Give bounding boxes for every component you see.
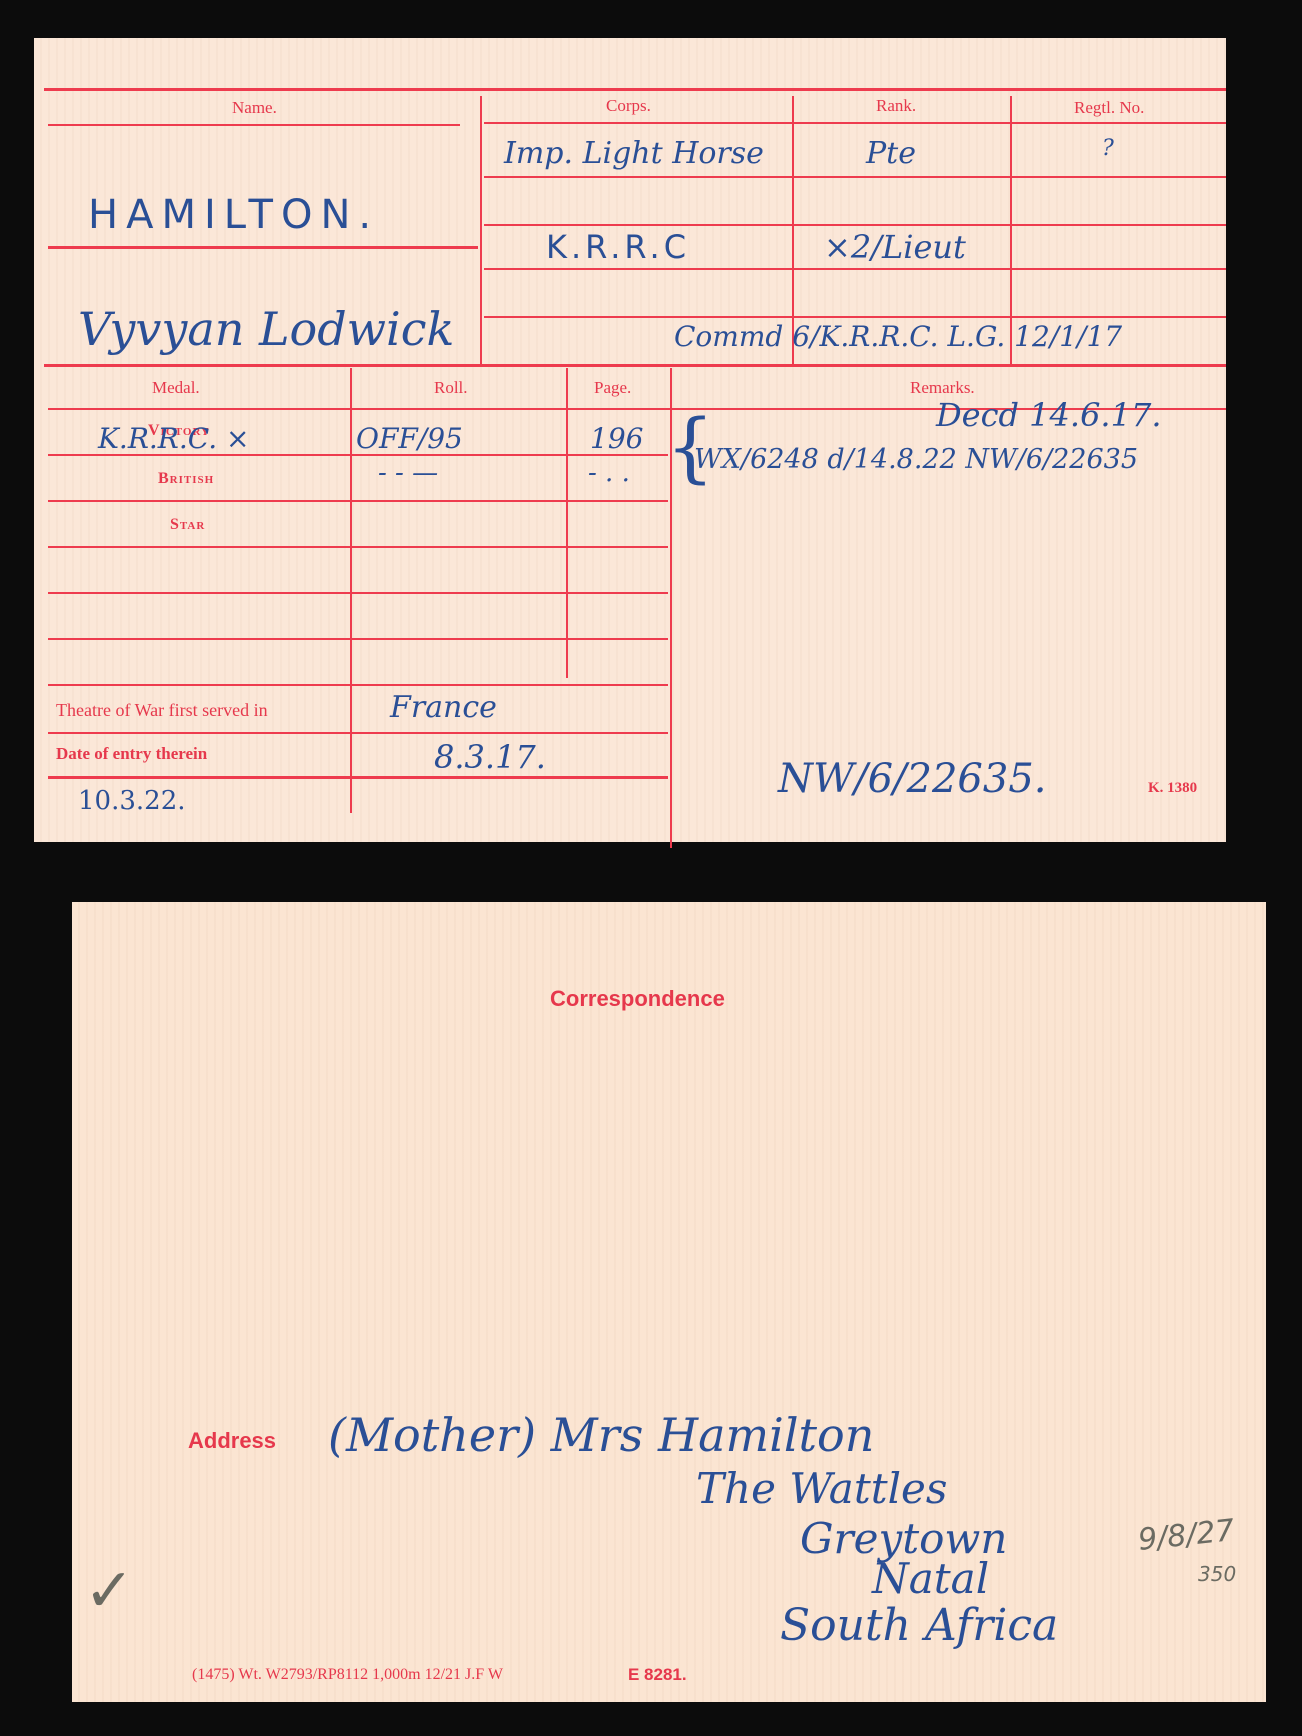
commission-note: Commd 6/K.R.R.C. L.G. 12/1/17 bbox=[674, 320, 1122, 353]
regtl-no-1: ? bbox=[1102, 136, 1114, 161]
medal-card-front: Name. Corps. Rank. Regtl. No. HAMILTON. … bbox=[34, 38, 1226, 842]
rule bbox=[484, 316, 1226, 318]
header-roll: Roll. bbox=[434, 378, 468, 398]
header-name: Name. bbox=[232, 98, 277, 118]
imprint: (1475) Wt. W2793/RP8112 1,000m 12/21 J.F… bbox=[192, 1666, 503, 1684]
pencil-extra-note: 350 bbox=[1198, 1562, 1236, 1586]
rule bbox=[484, 268, 1226, 270]
rule bbox=[48, 638, 668, 640]
remarks-line-2: WX/6248 d/14.8.22 NW/6/22635 bbox=[694, 444, 1138, 475]
rule bbox=[48, 732, 668, 734]
header-remarks: Remarks. bbox=[910, 378, 975, 398]
header-regtl-no: Regtl. No. bbox=[1074, 98, 1144, 118]
rule bbox=[48, 246, 478, 249]
rule bbox=[48, 124, 460, 126]
theatre-value: France bbox=[390, 690, 497, 725]
rule bbox=[566, 368, 568, 678]
theatre-label: Theatre of War first served in bbox=[56, 700, 268, 721]
corps-2: K.R.R.C bbox=[546, 228, 690, 266]
medal-label-star: Star bbox=[170, 516, 205, 534]
page-british: - . . bbox=[588, 458, 630, 488]
rule bbox=[48, 776, 668, 779]
medal-card-back: Correspondence Address (Mother) Mrs Hami… bbox=[72, 902, 1266, 1702]
header-rank: Rank. bbox=[876, 96, 916, 116]
medal-entry-victory: K.R.R.C. × bbox=[98, 422, 249, 455]
roll-victory: OFF/95 bbox=[356, 422, 463, 455]
address-line-4: Natal bbox=[872, 1554, 989, 1603]
surname: HAMILTON. bbox=[88, 192, 379, 238]
entry-date-label: Date of entry therein bbox=[56, 744, 207, 764]
address-line-1: (Mother) Mrs Hamilton bbox=[328, 1408, 874, 1462]
roll-british: - - — bbox=[378, 458, 438, 488]
rank-2: ×2/Lieut bbox=[824, 228, 966, 266]
header-corps: Corps. bbox=[606, 96, 651, 116]
imprint-code: E 8281. bbox=[628, 1665, 687, 1685]
footer-date: 10.3.22. bbox=[78, 786, 186, 816]
pencil-mark: ✓ bbox=[84, 1556, 134, 1626]
remarks-line-1: Decd 14.6.17. bbox=[936, 396, 1161, 434]
header-medal: Medal. bbox=[152, 378, 200, 398]
rule bbox=[48, 684, 668, 686]
rule bbox=[484, 122, 1226, 124]
rule bbox=[48, 592, 668, 594]
rule bbox=[350, 368, 352, 813]
reference-number: NW/6/22635. bbox=[778, 756, 1046, 802]
rule bbox=[480, 96, 482, 366]
page-victory: 196 bbox=[590, 422, 643, 455]
rule bbox=[484, 176, 1226, 178]
form-number: K. 1380 bbox=[1148, 780, 1197, 797]
header-page: Page. bbox=[594, 378, 631, 398]
pencil-date-note: 9/8/27 bbox=[1136, 1513, 1236, 1558]
medal-label-british: British bbox=[158, 470, 214, 488]
rule bbox=[48, 546, 668, 548]
forenames: Vyvyan Lodwick bbox=[78, 302, 454, 356]
address-line-2: The Wattles bbox=[696, 1464, 947, 1513]
rule bbox=[44, 364, 1226, 367]
rule bbox=[484, 224, 1226, 226]
rule bbox=[44, 88, 1226, 91]
address-line-5: South Africa bbox=[780, 1600, 1058, 1651]
entry-date-value: 8.3.17. bbox=[434, 738, 546, 776]
rule bbox=[48, 500, 668, 502]
corps-1: Imp. Light Horse bbox=[504, 136, 764, 171]
address-label: Address bbox=[188, 1428, 276, 1454]
correspondence-title: Correspondence bbox=[550, 986, 725, 1012]
rank-1: Pte bbox=[866, 136, 916, 171]
